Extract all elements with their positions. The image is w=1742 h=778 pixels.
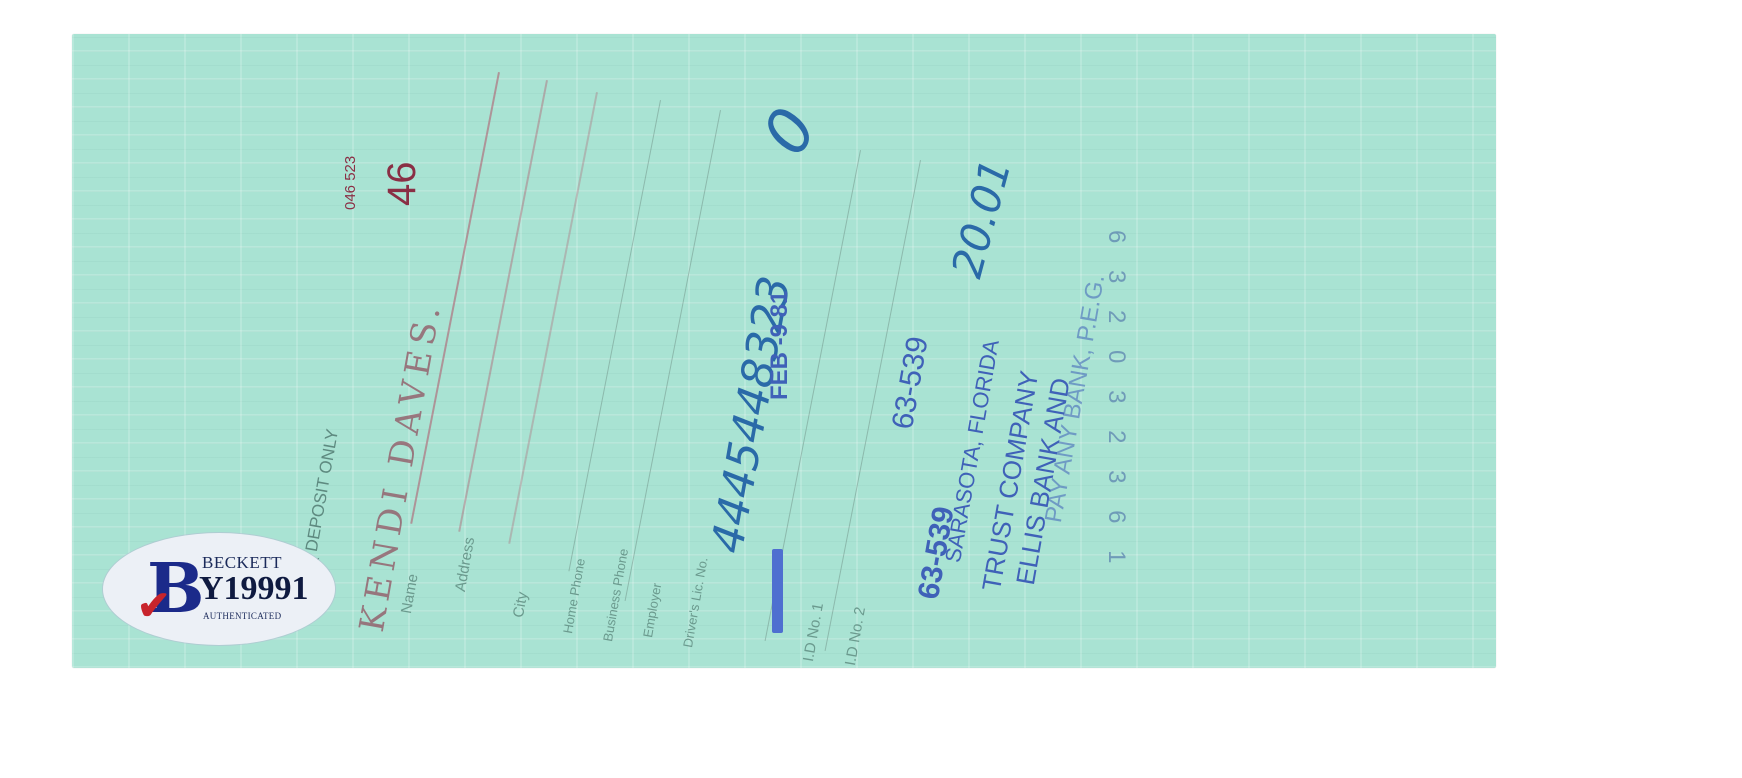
authentication-status: AUTHENTICATED	[203, 611, 281, 621]
date-stamp: FEB -9 81	[766, 291, 794, 400]
authentication-sticker: B ✔ BECKETT Y19991 AUTHENTICATED	[103, 533, 335, 645]
endorsement-code: 046 523	[342, 156, 359, 210]
endorsement-number: 46	[380, 162, 425, 207]
authentication-serial: Y19991	[199, 570, 309, 608]
blue-mark	[772, 549, 783, 633]
sequence-number: 6 3 2 0 3 2 3 6 1	[1102, 230, 1130, 573]
checkmark-icon: ✔	[137, 583, 171, 629]
